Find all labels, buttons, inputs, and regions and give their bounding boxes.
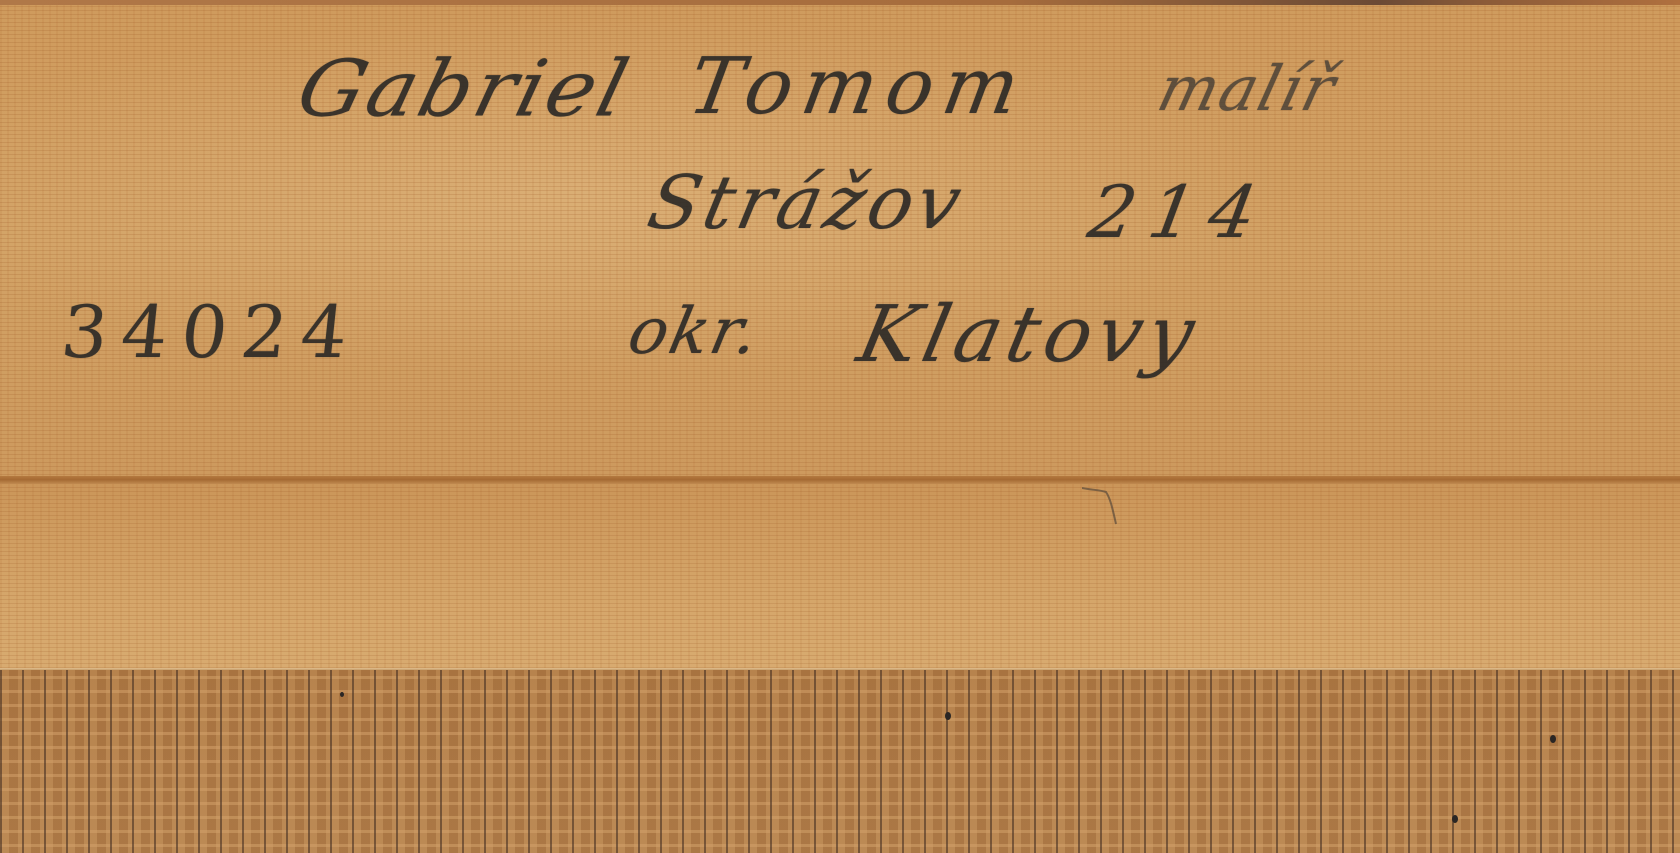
- inscription-last-name: Tomom: [682, 42, 1036, 132]
- dirt-speck: [340, 692, 344, 697]
- inscription-place: Strážov: [641, 160, 973, 246]
- inscription-house-number: 214: [1083, 170, 1277, 254]
- inscription-district: Klatovy: [850, 290, 1207, 380]
- inscription-first-name: Gabriel: [289, 44, 640, 134]
- dirt-speck: [945, 712, 951, 720]
- dirt-speck: [1550, 735, 1556, 743]
- wood-groove: [0, 476, 1680, 484]
- inscription-postal-code: 34024: [58, 290, 366, 374]
- stretcher-bar-lower: [0, 484, 1680, 672]
- wood-crack: [1082, 484, 1126, 526]
- inscription-district-prefix: okr.: [622, 295, 767, 369]
- photo-scene: Gabriel Tomom malíř Strážov 214 34024 ok…: [0, 0, 1680, 853]
- dirt-speck: [1452, 815, 1458, 823]
- inscription-role: malíř: [1151, 52, 1344, 125]
- hardboard-panel: [0, 670, 1680, 853]
